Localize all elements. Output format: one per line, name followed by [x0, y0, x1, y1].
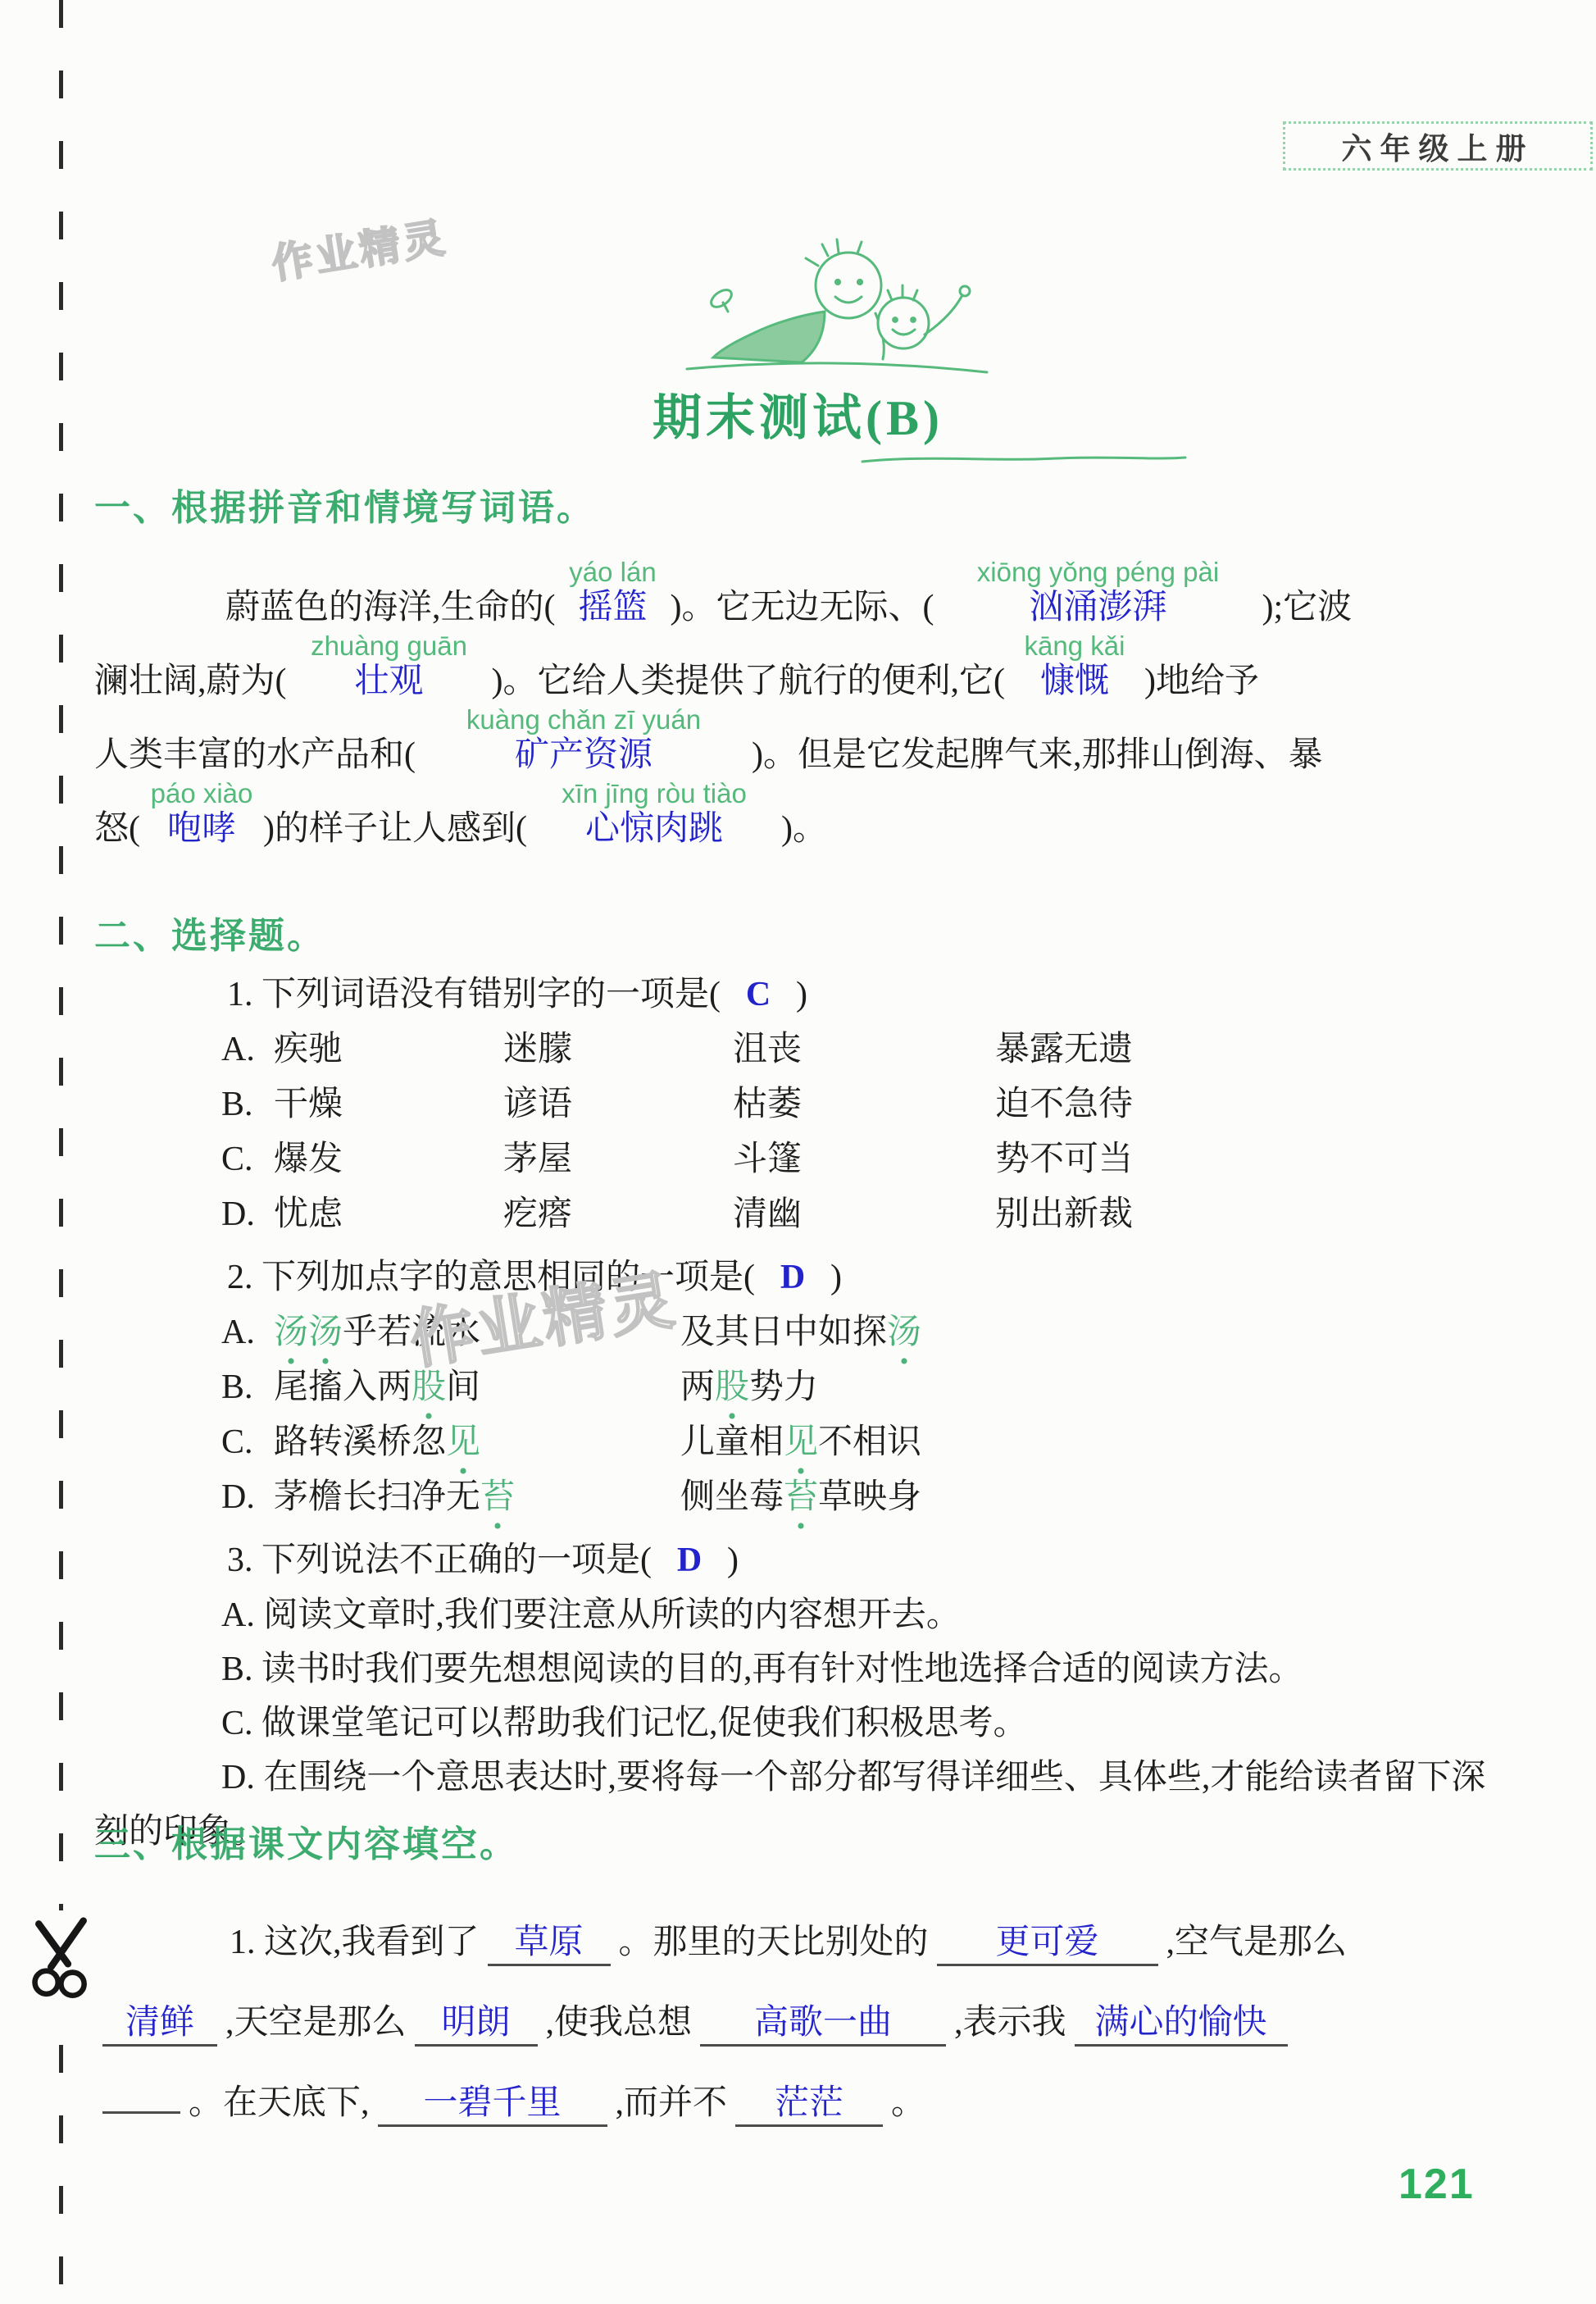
fill-blank-answer: 更可爱 [937, 1922, 1158, 1965]
text-run: 草映身 [818, 1478, 921, 1516]
dotted-char: 见 [446, 1415, 480, 1470]
answer-letter: C [721, 968, 796, 1022]
dotted-char: 见 [784, 1415, 818, 1470]
title-underline-swoosh [861, 453, 1189, 466]
pinyin-blank: kāng kǎi慷慨 [1005, 644, 1144, 718]
question3-stem: 3. 下列说法不正确的一项是(D) [94, 1533, 1506, 1588]
option-word: 清幽 [733, 1187, 995, 1242]
answer-letter: D [652, 1533, 727, 1588]
grade-volume-tag: 六年级上册 [1283, 121, 1593, 171]
exercise3-line2: 清鲜,天空是那么明朗,使我总想高歌一曲,表示我满心的愉快 [94, 1983, 1506, 2063]
text-run: ,天空是那么 [225, 2004, 407, 2042]
q2-option-a: A.汤汤乎若流水及其日中如探汤 [94, 1305, 1506, 1360]
q2-option-d: D.茅檐长扫净无苔侧坐莓苔草映身 [94, 1470, 1506, 1525]
option-label: B. [221, 1077, 274, 1132]
fill-blank-answer: 一碧千里 [378, 2083, 607, 2126]
pinyin-label: páo xiào [151, 780, 253, 807]
text-run: )。它无边无际、( [671, 589, 934, 626]
exercise1-line1: 蔚蓝色的海洋,生命的(yáo lán摇篮)。它无边无际、(xiōng yǒng … [94, 571, 1506, 644]
option-word: 暴露无遗 [995, 1031, 1133, 1068]
exercise3-line1: 1. 这次,我看到了草原。那里的天比别处的更可爱,空气是那么 [94, 1902, 1506, 1983]
option-word: 别出新裁 [995, 1195, 1133, 1233]
dotted-char: 汤 [274, 1305, 308, 1360]
question2-stem: 2. 下列加点字的意思相同的一项是(D) [94, 1250, 1506, 1305]
exercise3-section: 三、根据课文内容填空。 1. 这次,我看到了草原。那里的天比别处的更可爱,空气是… [94, 1825, 1506, 2143]
fill-blank-empty [102, 2111, 180, 2114]
q3-option-c: C. 做课堂笔记可以帮助我们记忆,促使我们积极思考。 [94, 1696, 1506, 1751]
option-phrase-left: 路转溪桥忽见 [274, 1415, 680, 1470]
text-run: )。它给人类提供了航行的便利,它( [492, 663, 1005, 700]
fill-blank-answer: 草原 [488, 1922, 611, 1965]
option-phrase-right: 两股势力 [680, 1368, 818, 1406]
pinyin-blank: xīn jīng ròu tiào心惊肉跳 [527, 792, 781, 866]
option-word: 势不可当 [995, 1141, 1133, 1178]
stem-close: ) [727, 1541, 739, 1579]
exercise3-heading: 三、根据课文内容填空。 [94, 1825, 1506, 1865]
option-label: A. [221, 1022, 274, 1077]
scissors-icon [23, 1910, 98, 2010]
option-label: D. [221, 1187, 274, 1242]
blank-answer: 壮观 [354, 663, 423, 700]
text-run: 路转溪桥忽 [274, 1423, 446, 1461]
option-word: 忧虑 [274, 1187, 503, 1242]
answer-letter: D [755, 1250, 830, 1305]
dotted-char: 汤 [887, 1305, 921, 1360]
option-label: C. [221, 1415, 274, 1470]
text-run: 怒( [94, 810, 140, 848]
dotted-char: 苔 [480, 1470, 515, 1525]
option-phrase-left: 茅檐长扫净无苔 [274, 1470, 680, 1525]
scissors-glyph [28, 1916, 93, 2005]
text-run: );它波 [1262, 589, 1352, 626]
q1-option-b: B.干燥谚语枯萎迫不急待 [94, 1077, 1506, 1132]
children-doodle [680, 236, 1000, 396]
pinyin-blank: páo xiào咆哮 [140, 792, 263, 866]
blank-answer: 矿产资源 [515, 736, 652, 774]
page-title: 期末测试(B) [652, 391, 944, 445]
q2-option-c: C.路转溪桥忽见儿童相见不相识 [94, 1415, 1506, 1470]
fill-blank-answer: 明朗 [415, 2002, 538, 2046]
option-label: B. [221, 1360, 274, 1415]
pinyin-blank: yáo lán摇篮 [556, 571, 671, 644]
text-run: 蔚蓝色的海洋,生命的( [225, 589, 556, 626]
text-run: )的样子让人感到( [263, 810, 527, 848]
exercise2-heading: 二、选择题。 [94, 917, 1506, 956]
text-run: ,空气是那么 [1166, 1924, 1348, 1961]
pinyin-blank: zhuàng guān壮观 [287, 644, 492, 718]
option-phrase-right: 侧坐莓苔草映身 [680, 1478, 921, 1516]
blank-answer: 心惊肉跳 [585, 810, 723, 848]
option-phrase-right: 儿童相见不相识 [680, 1423, 921, 1461]
text-run: 侧坐莓 [680, 1478, 784, 1516]
blank-answer: 慷慨 [1040, 663, 1109, 700]
option-phrase-right: 及其日中如探汤 [680, 1314, 921, 1351]
text-run: ,而并不 [616, 2084, 728, 2122]
fill-blank-answer: 茫茫 [735, 2083, 883, 2126]
option-word: 沮丧 [733, 1022, 995, 1077]
fill-blank-answer: 满心的愉快 [1075, 2002, 1288, 2046]
pinyin-label: zhuàng guān [311, 632, 467, 659]
q3-option-a: A. 阅读文章时,我们要注意从所读的内容想开去。 [94, 1588, 1506, 1642]
blank-answer: 汹涌澎湃 [1029, 589, 1166, 626]
stem-close: ) [830, 1259, 842, 1296]
pinyin-label: yáo lán [569, 558, 656, 585]
option-word: 迷朦 [503, 1022, 733, 1077]
text-run: )。 [781, 810, 827, 848]
pinyin-label: xiōng yǒng péng pài [977, 558, 1219, 585]
blank-answer: 咆哮 [167, 810, 236, 848]
exercise1-line3: 人类丰富的水产品和(kuàng chǎn zī yuán矿产资源)。但是它发起脾… [94, 718, 1506, 792]
dotted-char: 股 [715, 1360, 749, 1415]
option-word: 干燥 [274, 1077, 503, 1132]
pinyin-label: kuàng chǎn zī yuán [466, 706, 701, 733]
option-word: 枯萎 [733, 1077, 995, 1132]
children-illustration [680, 236, 1000, 396]
q1-option-d: D.忧虑疙瘩清幽别出新裁 [94, 1187, 1506, 1242]
text-run: 茅檐长扫净无 [274, 1478, 480, 1516]
exercise1-heading: 一、根据拼音和情境写词语。 [94, 489, 1506, 528]
exercise1-line4: 怒(páo xiào咆哮)的样子让人感到(xīn jīng ròu tiào心惊… [94, 792, 1506, 866]
workbook-page: 六年级上册 作业精灵 作业精灵 [0, 0, 1596, 2304]
text-run: 不相识 [818, 1423, 921, 1461]
q3-option-b: B. 读书时我们要先想想阅读的目的,再有针对性地选择合适的阅读方法。 [94, 1642, 1506, 1696]
page-number: 121 [1398, 2160, 1475, 2209]
stem-close: ) [796, 976, 807, 1013]
text-run: 。那里的天比别处的 [619, 1924, 929, 1961]
option-word: 疙瘩 [503, 1187, 733, 1242]
stem-text: 1. 下列词语没有错别字的一项是( [227, 976, 721, 1013]
grade-volume-label: 六年级上册 [1342, 124, 1535, 168]
text-run: 1. 这次,我看到了 [230, 1924, 480, 1961]
text-run: 。在天底下, [189, 2084, 370, 2122]
option-label: C. [221, 1132, 274, 1187]
option-label: D. [221, 1470, 274, 1525]
fill-blank-answer: 高歌一曲 [700, 2002, 946, 2046]
text-run: 澜壮阔,蔚为( [94, 663, 287, 700]
q1-option-a: A.疾驰迷朦沮丧暴露无遗 [94, 1022, 1506, 1077]
watermark-top: 作业精灵 [267, 205, 452, 291]
pinyin-label: kāng kǎi [1025, 632, 1125, 659]
page-title-block: 期末测试(B) [0, 379, 1596, 466]
fill-blank-answer: 清鲜 [102, 2002, 217, 2046]
option-label: A. [221, 1305, 274, 1360]
question1-stem: 1. 下列词语没有错别字的一项是(C) [94, 968, 1506, 1022]
exercise1-line2: 澜壮阔,蔚为(zhuàng guān壮观)。它给人类提供了航行的便利,它(kān… [94, 644, 1506, 718]
text-run: )。但是它发起脾气来,那排山倒海、暴 [752, 736, 1323, 774]
pinyin-label: xīn jīng ròu tiào [562, 780, 747, 807]
text-run: 。 [891, 2084, 925, 2122]
exercise1-section: 一、根据拼音和情境写词语。 蔚蓝色的海洋,生命的(yáo lán摇篮)。它无边无… [94, 489, 1506, 866]
stem-text: 3. 下列说法不正确的一项是( [227, 1541, 652, 1579]
blank-answer: 摇篮 [578, 589, 647, 626]
text-run: 两 [680, 1368, 715, 1406]
exercise3-line3: 。在天底下,一碧千里,而并不茫茫。 [94, 2063, 1506, 2143]
option-word: 谚语 [503, 1077, 733, 1132]
option-word: 爆发 [274, 1132, 503, 1187]
dotted-char: 苔 [784, 1470, 818, 1525]
dotted-char: 汤 [308, 1305, 343, 1360]
exercise2-section: 二、选择题。 1. 下列词语没有错别字的一项是(C) A.疾驰迷朦沮丧暴露无遗 … [94, 917, 1506, 1859]
text-run: 势力 [749, 1368, 818, 1406]
option-word: 斗篷 [733, 1132, 995, 1187]
option-word: 疾驰 [274, 1022, 503, 1077]
q1-option-c: C.爆发茅屋斗篷势不可当 [94, 1132, 1506, 1187]
text-run: )地给予 [1144, 663, 1259, 700]
text-run: ,表示我 [954, 2004, 1066, 2042]
text-run: 人类丰富的水产品和( [94, 736, 416, 774]
text-run: ,使我总想 [546, 2004, 693, 2042]
option-word: 茅屋 [503, 1132, 733, 1187]
option-word: 迫不急待 [995, 1086, 1133, 1123]
text-run: 及其日中如探 [680, 1314, 887, 1351]
q2-option-b: B.尾搐入两股间两股势力 [94, 1360, 1506, 1415]
